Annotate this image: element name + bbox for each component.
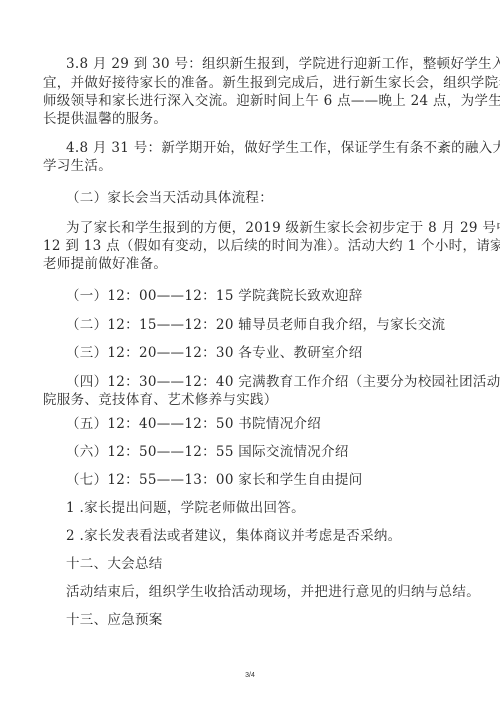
section-12-body: 活动结束后，组织学生收拾活动现场，并把进行意见的归纳与总结。 [66,583,480,601]
schedule-item-7: （七）12：55——13：00 家长和学生自由提问 [66,471,363,489]
schedule-item-5: （五）12：40——12：50 书院情况介绍 [66,415,321,433]
section-13-heading: 十三、应急预案 [66,611,163,629]
schedule-item-4-line-2: 院服务、竞技体育、艺术修养与实践） [43,391,278,409]
qa-item-2: 2 .家长发表看法或者建议，集体商议并考虑是否采纳。 [66,527,401,545]
intro-line-2: 12 到 13 点（假如有变动，以后续的时间为准）。活动大约 1 个小时，请家长… [43,237,500,255]
qa-item-1: 1 .家长提出问题，学院老师做出回答。 [66,499,305,517]
schedule-item-1: （一）12：00——12：15 学院龚院长致欢迎辞 [66,287,363,305]
schedule-item-2: （二）12：15——12：20 辅导员老师自我介绍，与家长交流 [66,316,445,334]
paragraph-3-line-1: 3.8 月 29 到 30 号：组织新生报到，学院进行迎新工作，整顿好学生入住事 [66,55,500,73]
paragraph-3-line-2: 宜，并做好接待家长的准备。新生报到完成后，进行新生家长会，组织学院老 [43,74,500,92]
intro-line-1: 为了家长和学生报到的方便，2019 级新生家长会初步定于 8 月 29 号中午 [66,219,500,237]
schedule-item-3: （三）12：20——12：30 各专业、教研室介绍 [66,344,363,362]
section-12-heading: 十二、大会总结 [66,555,163,573]
paragraph-3-line-3: 师级领导和家长进行深入交流。迎新时间上午 6 点——晚上 24 点，为学生和家 [43,92,500,110]
subheading-flow: （二）家长会当天活动具体流程： [66,189,273,207]
paragraph-3-line-4: 长提供温馨的服务。 [43,110,167,128]
schedule-item-6: （六）12：50——12：55 国际交流情况介绍 [66,443,349,461]
page-number: 3/4 [0,672,500,679]
paragraph-4-line-2: 学习生活。 [43,157,112,175]
intro-line-3: 老师提前做好准备。 [43,255,167,273]
schedule-item-4-line-1: （四）12：30——12：40 完满教育工作介绍（主要分为校园社团活动、住 [66,373,500,391]
paragraph-4-line-1: 4.8 月 31 号：新学期开始，做好学生工作，保证学生有条不紊的融入大学 [66,139,500,157]
